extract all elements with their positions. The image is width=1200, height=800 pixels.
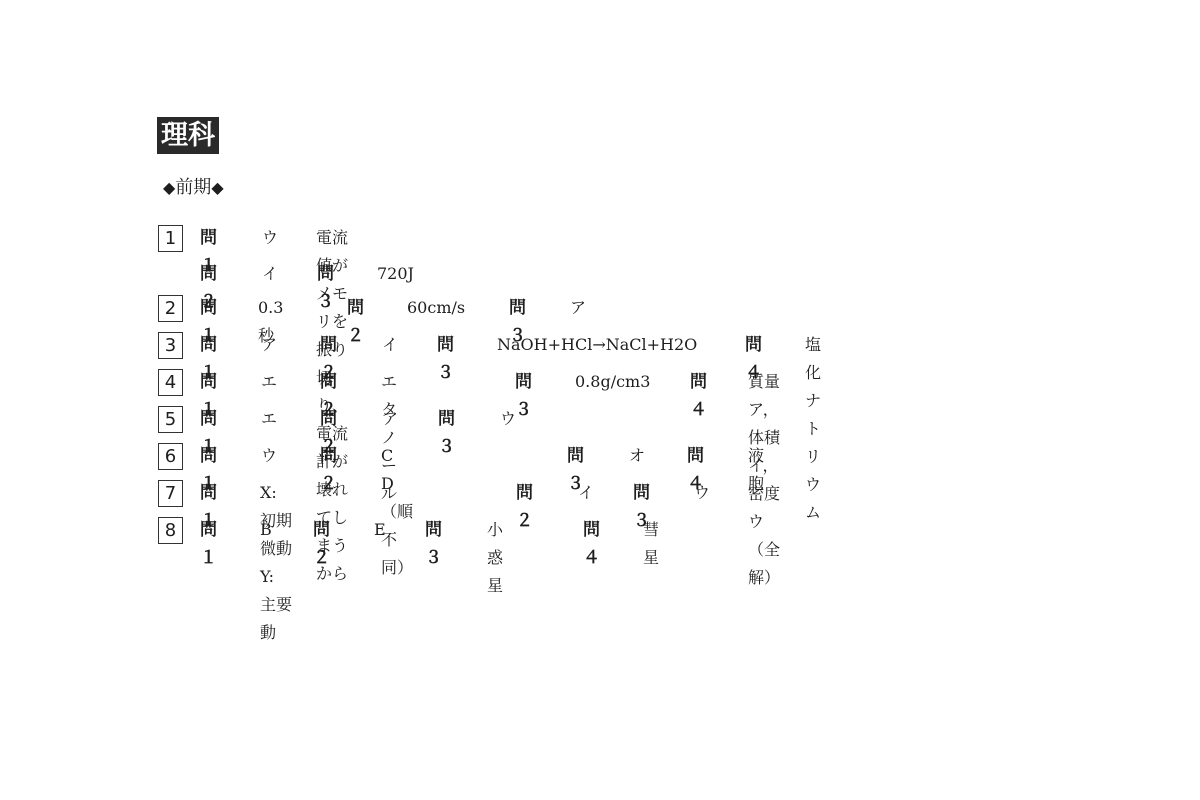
answer-value: イ: [262, 260, 278, 288]
answer-value: オ: [629, 442, 645, 470]
answer-value: ウ: [261, 442, 277, 470]
question-label: 問３: [437, 331, 454, 387]
answer-value: ア: [570, 294, 586, 322]
term-heading: ◆前期◆: [163, 175, 224, 201]
answer-value: ア: [261, 331, 277, 359]
answer-value: 液胞: [748, 442, 764, 498]
diamond-icon: ◆: [211, 178, 223, 197]
question-label: 問３: [317, 260, 334, 316]
question-label: 問３: [515, 368, 532, 424]
question-number-8: 8: [158, 517, 183, 544]
answer-value: ウ: [500, 405, 516, 433]
answer-value: ウ: [694, 479, 710, 507]
answer-value: 彗星: [643, 516, 659, 572]
question-label: 問３: [438, 405, 455, 461]
question-label: 問２: [320, 442, 337, 498]
subject-title: 理科: [157, 117, 219, 154]
answer-value: X: 初期微動 Y: 主要動: [260, 479, 292, 647]
answer-value: NaOH+HCl→NaCl+H2O: [497, 331, 697, 359]
question-number-1: 1: [158, 225, 183, 252]
answer-value: 720J: [377, 260, 414, 288]
answer-value: ウ: [262, 224, 278, 252]
answer-value: ア: [382, 405, 398, 433]
question-label: 問４: [583, 516, 600, 572]
answer-value: イ: [578, 479, 594, 507]
question-number-5: 5: [158, 406, 183, 433]
answer-value: C D（順不同）: [381, 442, 413, 582]
question-number-4: 4: [158, 369, 183, 396]
question-number-2: 2: [158, 295, 183, 322]
question-label: 問２: [516, 479, 533, 535]
question-label: 問２: [313, 516, 330, 572]
diamond-icon: ◆: [163, 178, 175, 197]
answer-value: 0.8g/cm3: [575, 368, 650, 396]
answer-value: 塩化ナトリウム: [805, 331, 821, 527]
question-label: 問３: [425, 516, 442, 572]
question-label: 問１: [200, 516, 217, 572]
answer-value: E: [374, 516, 386, 544]
question-number-3: 3: [158, 332, 183, 359]
answer-value: エ: [261, 368, 277, 396]
answer-value: B: [260, 516, 272, 544]
answer-value: 小惑星: [487, 516, 503, 600]
question-label: 問４: [690, 368, 707, 424]
term-label: 前期: [175, 177, 211, 198]
question-number-7: 7: [158, 480, 183, 507]
answer-value: 60cm/s: [407, 294, 465, 322]
answer-value: イ: [382, 331, 398, 359]
question-number-6: 6: [158, 443, 183, 470]
answer-value: エ: [261, 405, 277, 433]
question-label: 問２: [347, 294, 364, 350]
